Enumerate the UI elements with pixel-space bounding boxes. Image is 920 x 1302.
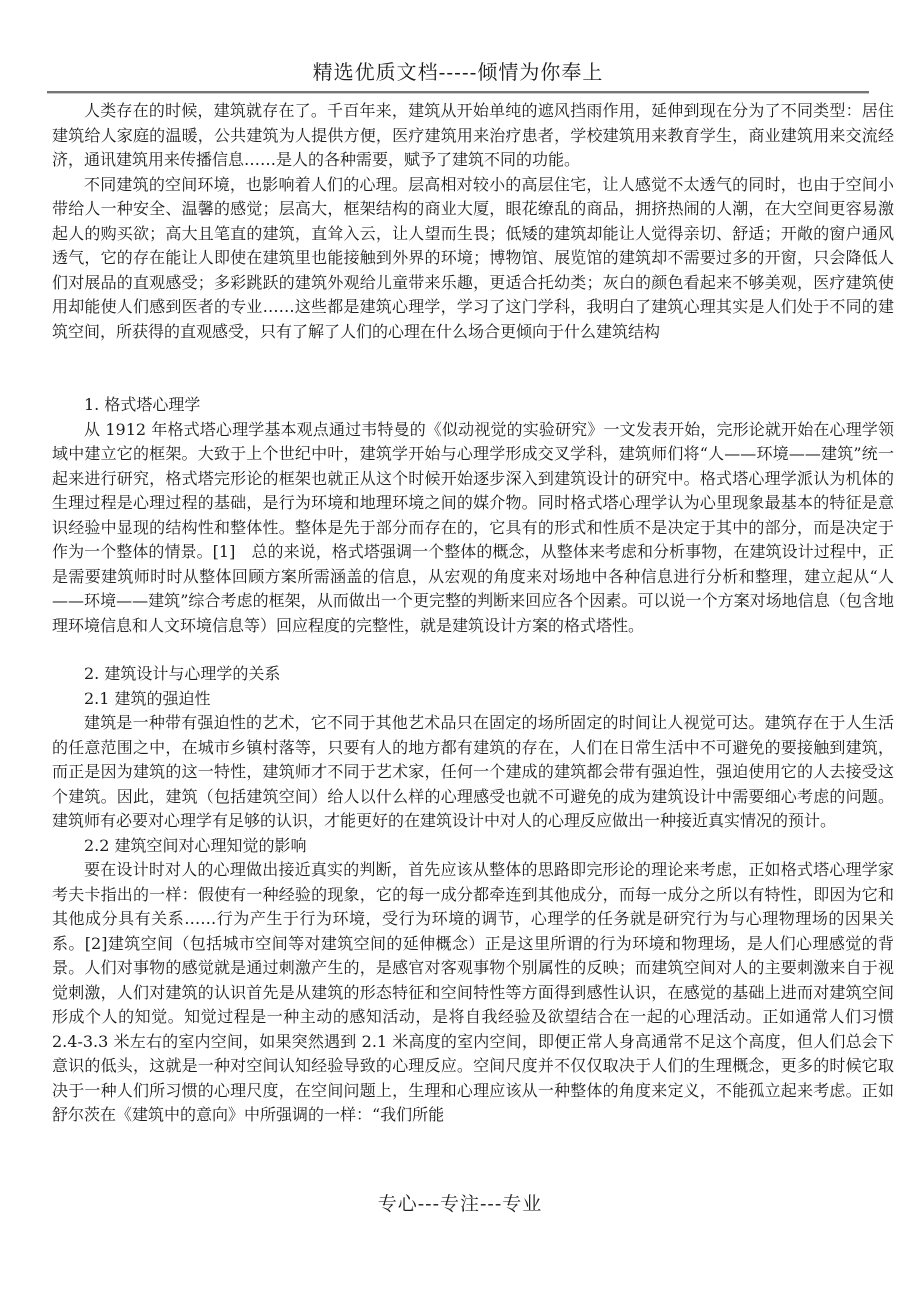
blank-line [52,638,894,662]
document-page: 精选优质文档-----倾情为你奉上 人类存在的时候，建筑就存在了。千百年来，建筑… [0,0,920,1302]
blank-lines [52,344,894,393]
paragraph: 不同建筑的空间环境，也影响着人们的心理。层高相对较小的高层住宅，让人感觉不太透气… [52,173,894,345]
footer-text: 专心---专注---专业 [378,1193,543,1215]
paragraph: 建筑是一种带有强迫性的艺术，它不同于其他艺术品只在固定的场所固定的时间让人视觉可… [52,711,894,834]
paragraph: 从 1912 年格式塔心理学基本观点通过韦特曼的《似动视觉的实验研究》一文发表开… [52,418,894,639]
section-heading: 2. 建筑设计与心理学的关系 [52,662,894,687]
page-header: 精选优质文档-----倾情为你奉上 [47,60,869,93]
paragraph: 人类存在的时候，建筑就存在了。千百年来，建筑从开始单纯的遮风挡雨作用，延伸到现在… [52,99,894,173]
document-body: 人类存在的时候，建筑就存在了。千百年来，建筑从开始单纯的遮风挡雨作用，延伸到现在… [52,99,894,1128]
section-heading: 1. 格式塔心理学 [52,393,894,418]
header-text: 精选优质文档-----倾情为你奉上 [313,60,604,84]
subsection-heading: 2.2 建筑空间对心理知觉的影响 [52,834,894,859]
paragraph: 要在设计时对人的心理做出接近真实的判断，首先应该从整体的思路即完形论的理论来考虑… [52,858,894,1128]
subsection-heading: 2.1 建筑的强迫性 [52,687,894,712]
page-footer: 专心---专注---专业 [0,1192,920,1216]
